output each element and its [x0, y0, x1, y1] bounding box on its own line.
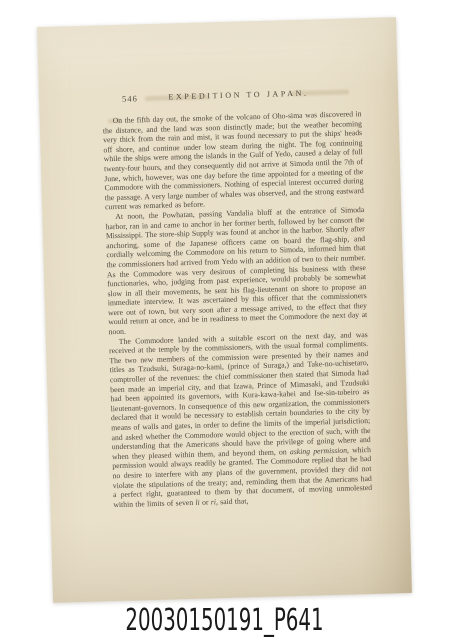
- paragraph: On the fifth day out, the smoke of the v…: [103, 109, 365, 212]
- printed-text-block: 546 EXPEDITION TO JAPAN. On the fifth da…: [102, 87, 372, 509]
- page-number: 546: [122, 93, 138, 103]
- catalog-number-label: 20030150191_P641: [76, 605, 372, 637]
- paragraph: The Commodore landed with a suitable esc…: [109, 330, 373, 510]
- page-header: 546 EXPEDITION TO JAPAN.: [102, 87, 361, 107]
- paragraph: At noon, the Powhatan, passing Vandalia …: [105, 205, 367, 337]
- screenshot-root: 546 EXPEDITION TO JAPAN. On the fifth da…: [0, 0, 449, 640]
- body-text: On the fifth day out, the smoke of the v…: [103, 109, 373, 509]
- running-header: EXPEDITION TO JAPAN.: [102, 87, 361, 103]
- book-page-scan: 546 EXPEDITION TO JAPAN. On the fifth da…: [37, 17, 412, 603]
